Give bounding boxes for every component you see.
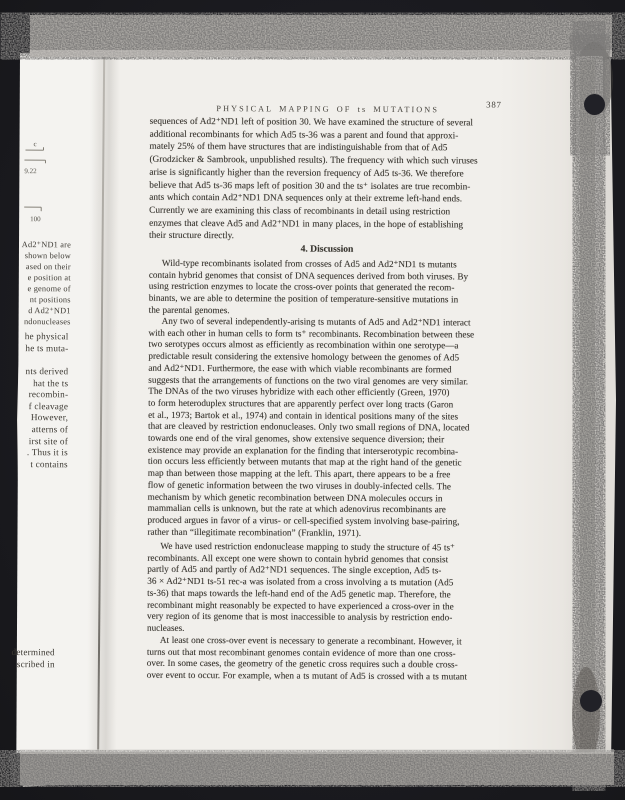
figure-fragment: c 9.22 100: [24, 137, 84, 232]
running-head: PHYSICAL MAPPING OF ts MUTATIONS: [216, 104, 439, 114]
paragraph: We have used restriction endonuclease ma…: [147, 541, 507, 637]
gutter-shadow: [88, 53, 120, 753]
section-heading: 4. Discussion: [149, 243, 505, 256]
photocopy-scan: c 9.22 100 Ad2⁺ND1 are shown below ased …: [0, 0, 625, 800]
facing-page-legend-fragment: Ad2⁺ND1 are shown below ased on their e …: [21, 239, 71, 327]
facing-page-text-fragment-c: determined scribed in: [11, 647, 54, 670]
page-header: PHYSICAL MAPPING OF ts MUTATIONS 387: [150, 98, 506, 118]
figure-scale-label: 100: [30, 215, 41, 223]
figure-tick-value: 9.22: [24, 167, 37, 175]
page-number: 387: [486, 100, 502, 110]
punch-hole-bottom: [580, 690, 602, 712]
paragraph-continued: sequences of Ad2⁺ND1 left of position 30…: [149, 116, 510, 245]
paragraph: At least one cross-over event is necessa…: [147, 635, 507, 684]
facing-page-text-fragment-a: he physical he ts muta-: [25, 331, 69, 354]
figure-label-c: c: [34, 140, 37, 148]
paragraph: Any two of several independently-arising…: [147, 316, 508, 540]
facing-page-text-fragment-b: nts derived hat the ts recombin- f cleav…: [25, 366, 68, 471]
book-page: c 9.22 100 Ad2⁺ND1 are shown below ased …: [16, 53, 579, 756]
punch-hole-top: [584, 94, 605, 115]
paragraph: Wild-type recombinants isolated from cro…: [149, 258, 509, 318]
